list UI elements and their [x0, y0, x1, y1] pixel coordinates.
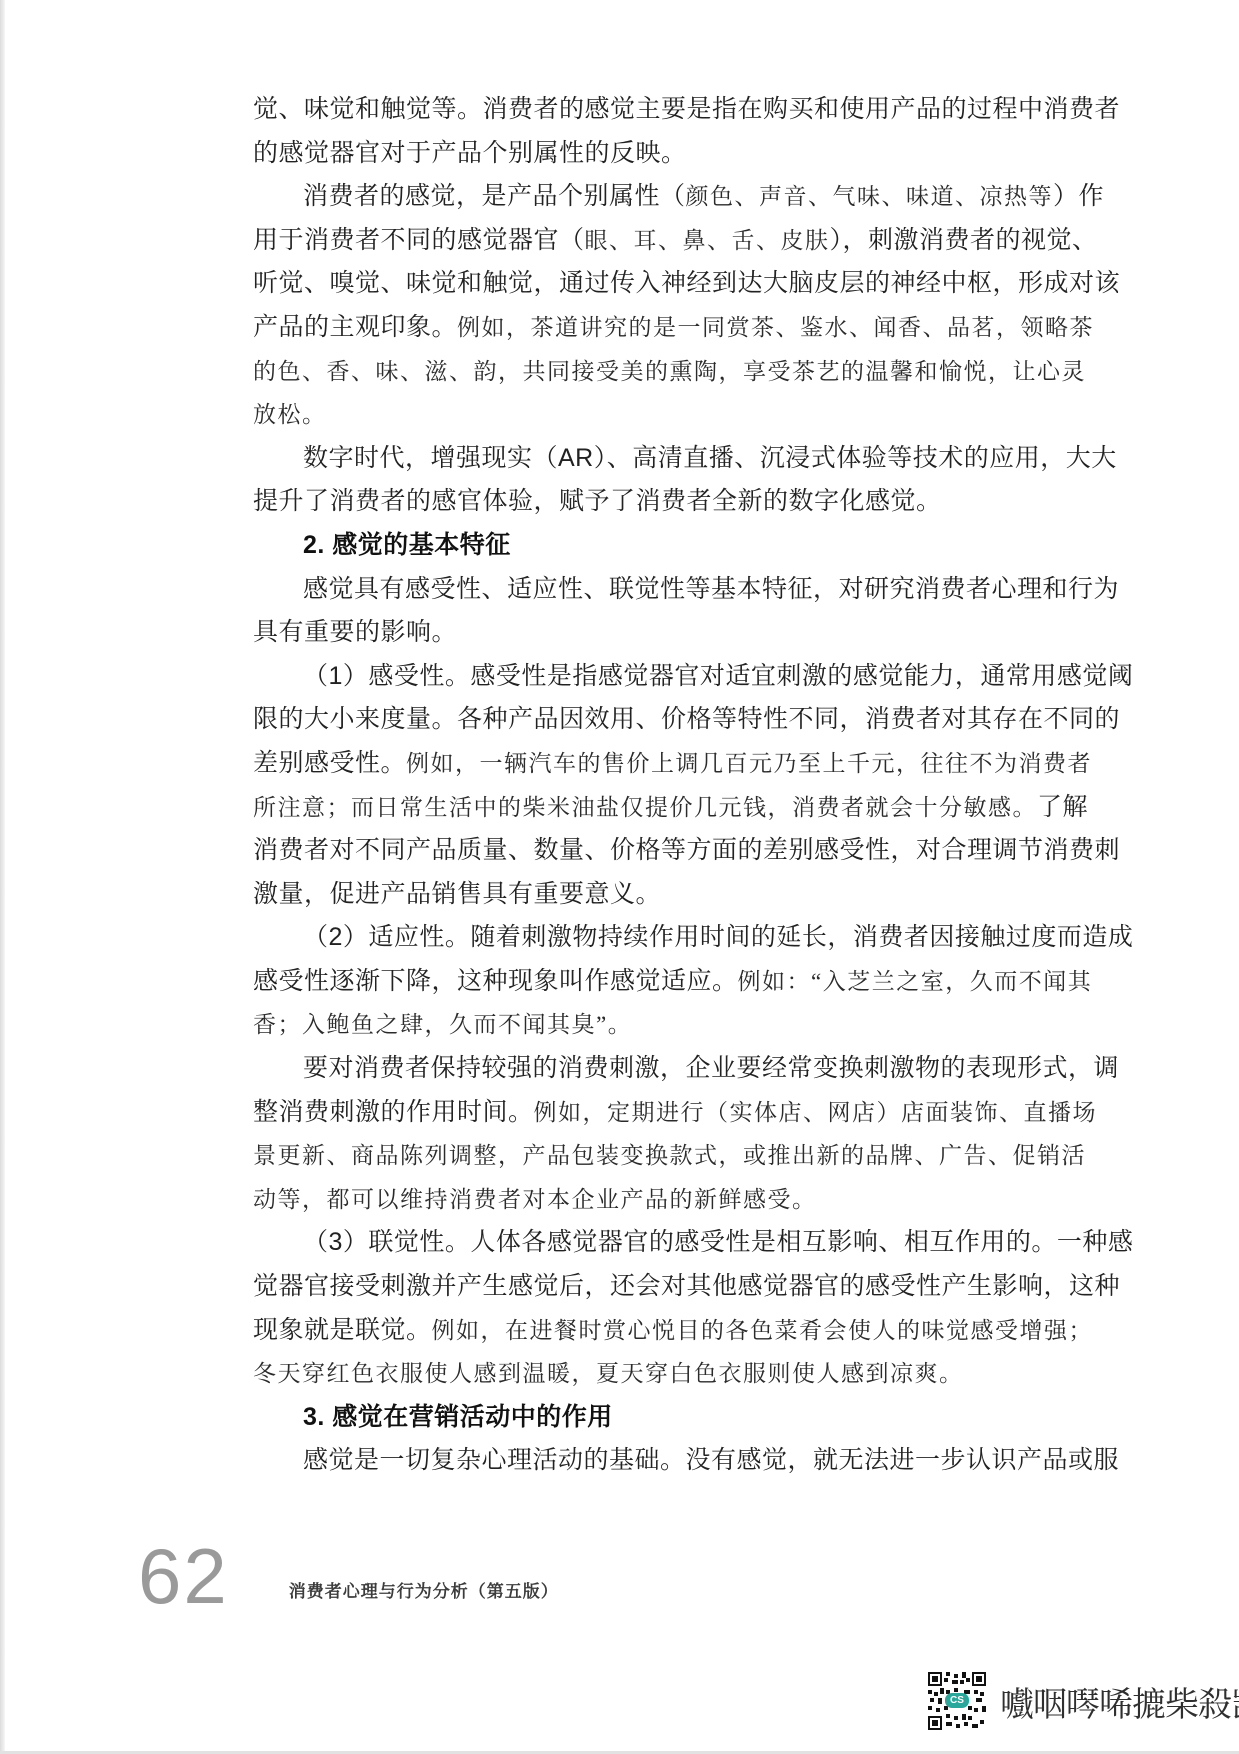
text-line: 消费者对不同产品质量、数量、价格等方面的差别感受性，对合理调节消费刺	[253, 829, 1053, 873]
text-line: 用于消费者不同的感觉器官（眼、耳、鼻、舌、皮肤），刺激消费者的视觉、	[253, 219, 1053, 263]
text-line: 的感觉器官对于产品个别属性的反映。	[253, 132, 1053, 176]
qr-code: CS	[928, 1672, 986, 1730]
text-line: 限的大小来度量。各种产品因效用、价格等特性不同，消费者对其存在不同的	[253, 698, 1053, 742]
text-line: 具有重要的影响。	[253, 611, 1053, 655]
text-line: 感觉具有感受性、适应性、联觉性等基本特征，对研究消费者心理和行为	[253, 568, 1053, 612]
text-line: 要对消费者保持较强的消费刺激，企业要经常变换刺激物的表现形式，调	[253, 1047, 1053, 1091]
text-line: 冬天穿红色衣服使人感到温暖，夏天穿白色衣服则使人感到凉爽。	[253, 1352, 1053, 1396]
scan-edge	[0, 0, 5, 1754]
text-line: 香；入鲍鱼之肆，久而不闻其臭”。	[253, 1003, 1053, 1047]
text-line: 景更新、商品陈列调整，产品包装变换款式，或推出新的品牌、广告、促销活	[253, 1134, 1053, 1178]
text-line: （3）联觉性。人体各感觉器官的感受性是相互影响、相互作用的。一种感	[253, 1221, 1053, 1265]
text-line: 激量，促进产品销售具有重要意义。	[253, 873, 1053, 917]
text-line: 差别感受性。例如，一辆汽车的售价上调几百元乃至上千元，往往不为消费者	[253, 742, 1053, 786]
section-heading: 2. 感觉的基本特征	[253, 524, 1053, 568]
text-line: 整消费刺激的作用时间。例如，定期进行（实体店、网店）店面装饰、直播场	[253, 1091, 1053, 1135]
text-line: 感受性逐渐下降，这种现象叫作感觉适应。例如：“入芝兰之室，久而不闻其	[253, 960, 1053, 1004]
text-line: （1）感受性。感受性是指感觉器官对适宜刺激的感觉能力，通常用感觉阈	[253, 655, 1053, 699]
text-line: 听觉、嗅觉、味觉和触觉，通过传入神经到达大脑皮层的神经中枢，形成对该	[253, 262, 1053, 306]
text-line: 提升了消费者的感官体验，赋予了消费者全新的数字化感觉。	[253, 480, 1053, 524]
text-line: 消费者的感觉，是产品个别属性（颜色、声音、气味、味道、凉热等）作	[253, 175, 1053, 219]
text-line: 放松。	[253, 393, 1053, 437]
page-number: 62	[138, 1544, 229, 1608]
scanned-book-page: { "page": { "number": "62", "book_title"…	[0, 0, 1239, 1754]
anti-piracy-watermark: CS 嚱咽噖唏摝柴殺剀	[928, 1672, 1239, 1730]
text-line: 的色、香、味、滋、韵，共同接受美的熏陶，享受茶艺的温馨和愉悦，让心灵	[253, 350, 1053, 394]
text-line: 觉、味觉和触觉等。消费者的感觉主要是指在购买和使用产品的过程中消费者	[253, 88, 1053, 132]
text-line: 动等，都可以维持消费者对本企业产品的新鲜感受。	[253, 1178, 1053, 1222]
text-line: 所注意；而日常生活中的柴米油盐仅提价几元钱，消费者就会十分敏感。了解	[253, 786, 1053, 830]
book-title: 消费者心理与行为分析（第五版）	[289, 1577, 559, 1608]
watermark-text: 嚱咽噖唏摝柴殺剀	[1000, 1677, 1239, 1726]
text-line: 产品的主观印象。例如，茶道讲究的是一同赏茶、鉴水、闻香、品茗，领略茶	[253, 306, 1053, 350]
text-line: 数字时代，增强现实（AR）、高清直播、沉浸式体验等技术的应用，大大	[253, 437, 1053, 481]
text-line: 觉器官接受刺激并产生感觉后，还会对其他感觉器官的感受性产生影响，这种	[253, 1265, 1053, 1309]
section-heading: 3. 感觉在营销活动中的作用	[253, 1396, 1053, 1440]
body-text: 觉、味觉和触觉等。消费者的感觉主要是指在购买和使用产品的过程中消费者的感觉器官对…	[253, 88, 1053, 1483]
text-line: 感觉是一切复杂心理活动的基础。没有感觉，就无法进一步认识产品或服	[253, 1439, 1053, 1483]
text-line: （2）适应性。随着刺激物持续作用时间的延长，消费者因接触过度而造成	[253, 916, 1053, 960]
page-footer: 62 消费者心理与行为分析（第五版）	[138, 1528, 559, 1608]
qr-cs-badge: CS	[945, 1693, 969, 1708]
text-line: 现象就是联觉。例如，在进餐时赏心悦目的各色菜肴会使人的味觉感受增强；	[253, 1309, 1053, 1353]
